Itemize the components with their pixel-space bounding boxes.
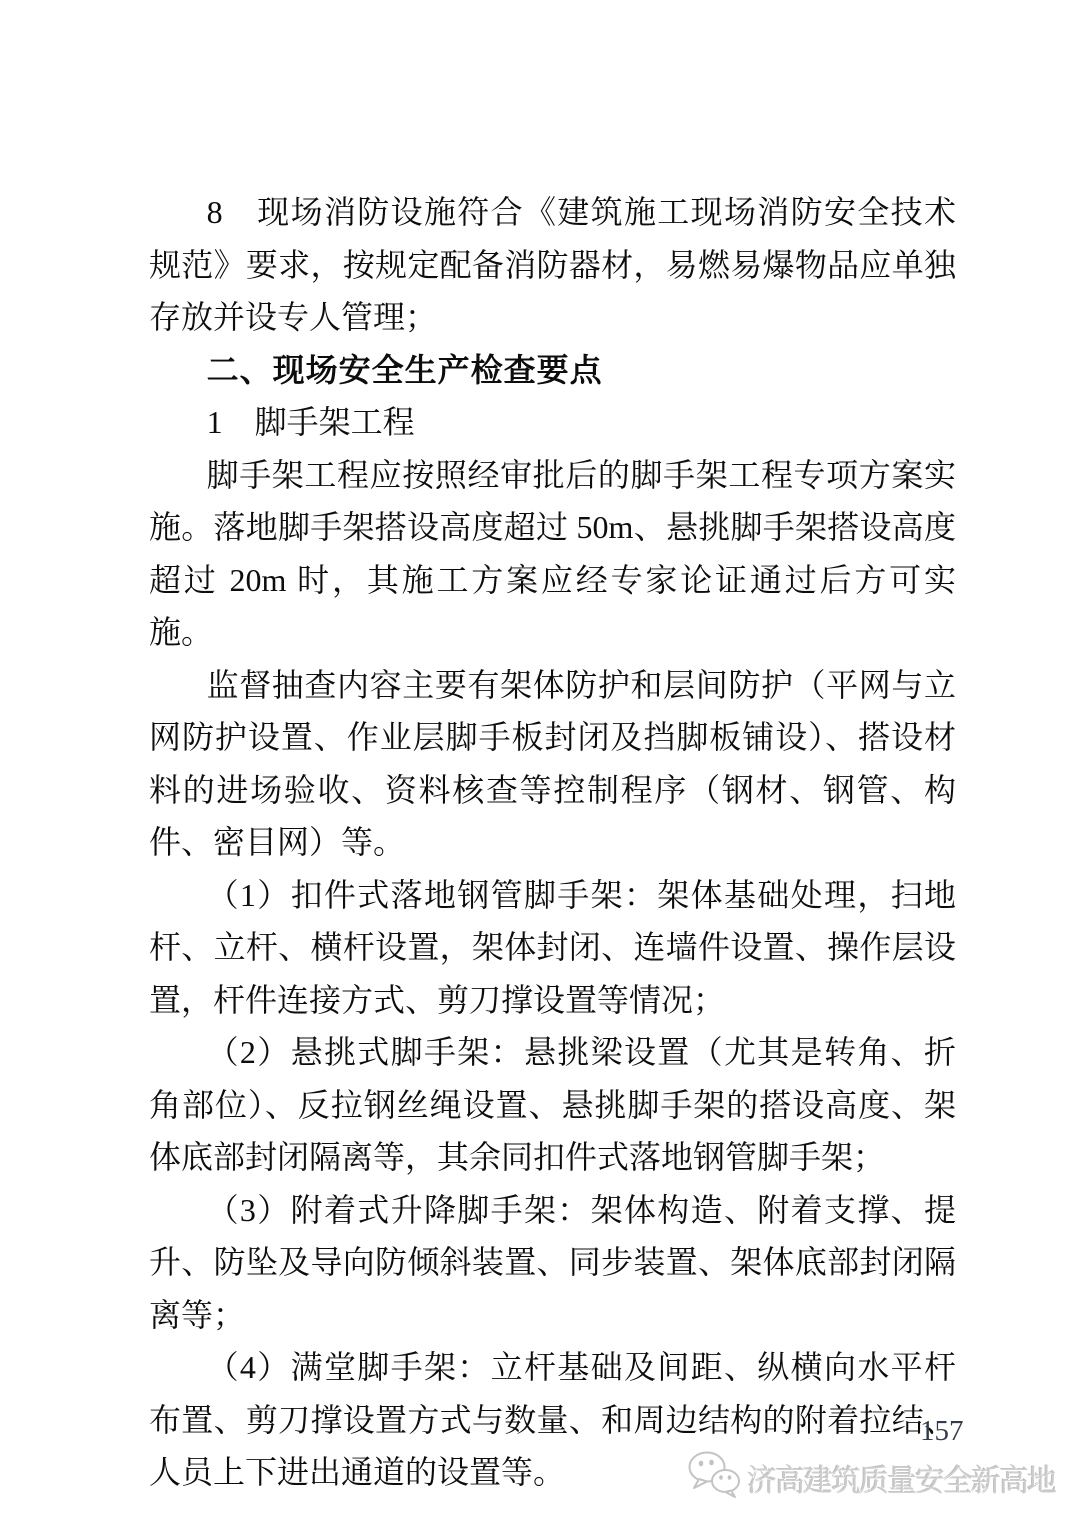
paragraph-item-1-coupler-scaffold: （1）扣件式落地钢管脚手架：架体基础处理，扫地杆、立杆、横杆设置，架体封闭、连墙… [149, 869, 956, 1027]
subsection-heading-scaffolding: 1 脚手架工程 [149, 396, 956, 449]
document-body: 8 现场消防设施符合《建筑施工现场消防安全技术规范》要求，按规定配备消防器材，易… [149, 186, 956, 1499]
page-number: 157 [920, 1415, 964, 1448]
paragraph-item-3-climbing-scaffold: （3）附着式升降脚手架：架体构造、附着支撑、提升、防坠及导向防倾斜装置、同步装置… [149, 1184, 956, 1342]
paragraph-supervision-scope: 监督抽查内容主要有架体防护和层间防护（平网与立网防护设置、作业层脚手板封闭及挡脚… [149, 659, 956, 869]
paragraph-fire-safety: 8 现场消防设施符合《建筑施工现场消防安全技术规范》要求，按规定配备消防器材，易… [149, 186, 956, 344]
watermark: 济高建筑质量安全新高地 [686, 1450, 1055, 1505]
wechat-icon [686, 1450, 742, 1505]
section-heading-site-safety-inspection: 二、现场安全生产检查要点 [149, 344, 956, 397]
paragraph-item-2-cantilever-scaffold: （2）悬挑式脚手架：悬挑梁设置（尤其是转角、折角部位）、反拉钢丝绳设置、悬挑脚手… [149, 1026, 956, 1184]
document-page: 8 现场消防设施符合《建筑施工现场消防安全技术规范》要求，按规定配备消防器材，易… [0, 0, 1080, 1527]
watermark-text: 济高建筑质量安全新高地 [747, 1456, 1055, 1500]
paragraph-scaffolding-plan: 脚手架工程应按照经审批后的脚手架工程专项方案实施。落地脚手架搭设高度超过 50m… [149, 449, 956, 659]
